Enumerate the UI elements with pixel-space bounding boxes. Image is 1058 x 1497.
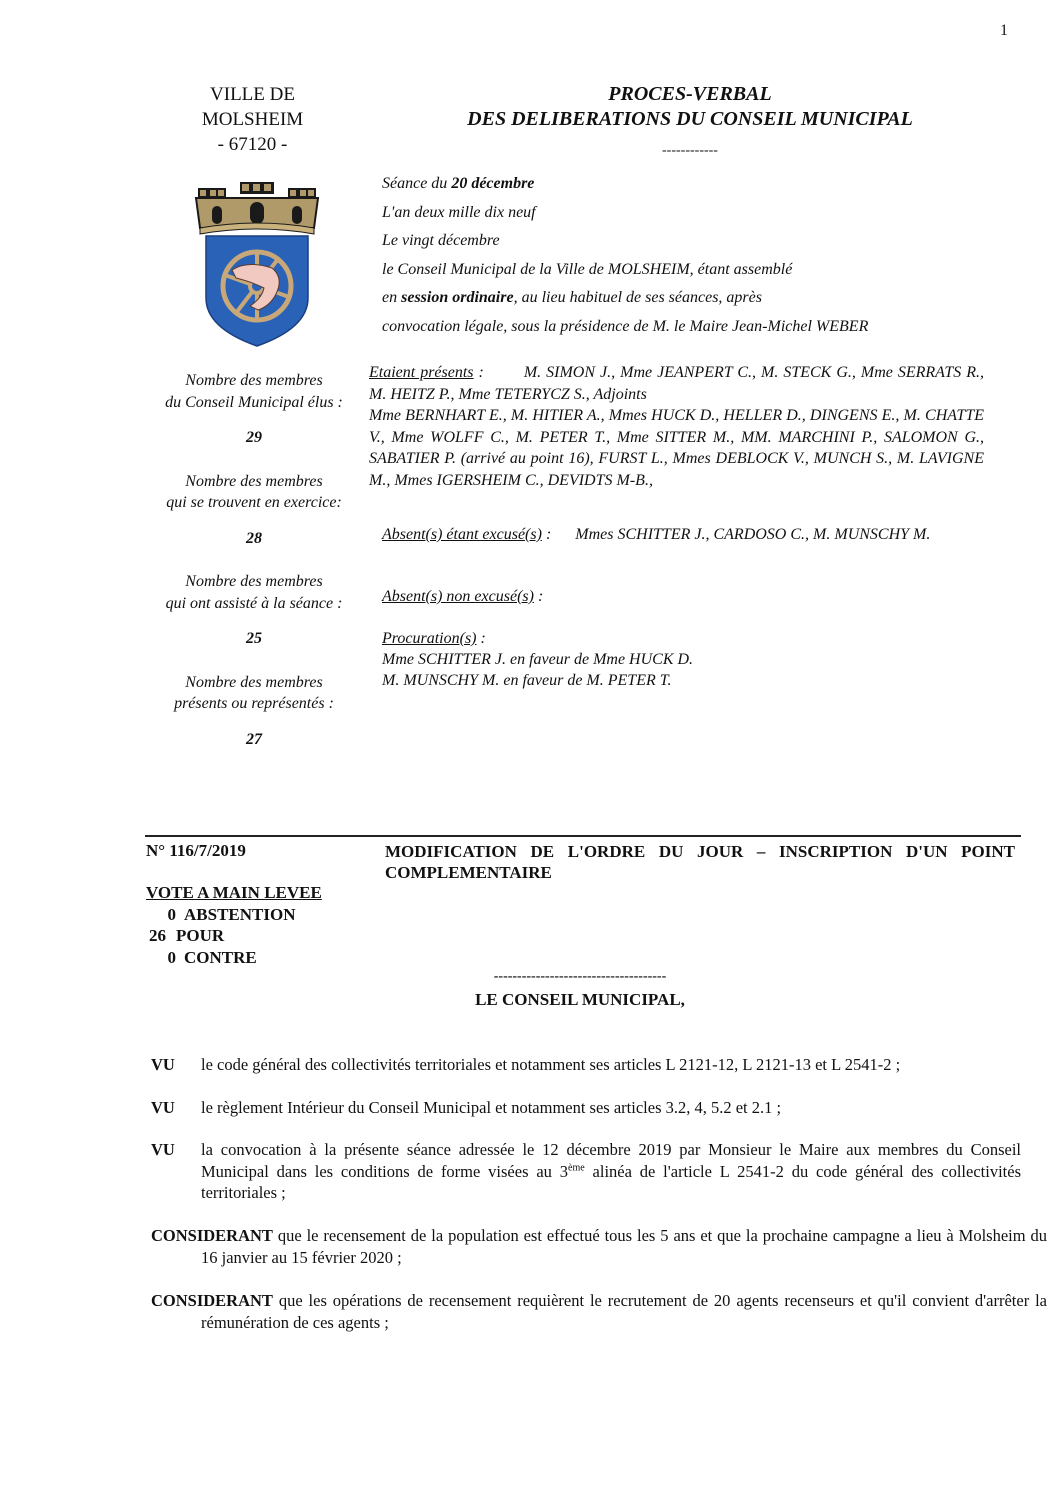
considerant-clause: CONSIDERANT que les opérations de recens…	[151, 1290, 1047, 1333]
section-divider	[145, 835, 1021, 837]
coat-of-arms-icon	[192, 178, 322, 348]
count-value: 28	[140, 528, 368, 550]
count-exercice: Nombre des membres qui se trouvent en ex…	[140, 471, 368, 550]
proxies: Procuration(s) : Mme SCHITTER J. en fave…	[382, 628, 693, 691]
count-value: 25	[140, 628, 368, 650]
session-presidency: convocation légale, sous la présidence d…	[382, 313, 868, 342]
deliberation-subject: MODIFICATION DE L'ORDRE DU JOUR – INSCRI…	[385, 841, 1015, 883]
document-title: PROCES-VERBAL DES DELIBERATIONS DU CONSE…	[390, 82, 990, 132]
count-elus: Nombre des membres du Conseil Municipal …	[140, 370, 368, 449]
proxy-item: M. MUNSCHY M. en faveur de M. PETER T.	[382, 670, 693, 691]
session-year: L'an deux mille dix neuf	[382, 199, 868, 228]
body-separator: -------------------------------------	[465, 969, 695, 985]
proxies-label: Procuration(s)	[382, 630, 477, 647]
presents-conseillers: Mme BERNHART E., M. HITIER A., Mmes HUCK…	[369, 405, 984, 491]
vote-row-pour: 26POUR	[146, 925, 322, 947]
presents-label: Etaient présents	[369, 364, 474, 381]
unexcused-label: Absent(s) non excusé(s)	[382, 588, 534, 605]
session-details: Séance du 20 décembre L'an deux mille di…	[382, 170, 868, 341]
vote-results: VOTE A MAIN LEVEE 0ABSTENTION 26POUR 0CO…	[146, 882, 322, 969]
city-postcode: - 67120 -	[170, 132, 335, 157]
excused-names: Mmes SCHITTER J., CARDOSO C., M. MUNSCHY…	[575, 526, 930, 543]
vu-clause: VU la convocation à la présente séance a…	[151, 1139, 1021, 1204]
count-value: 29	[140, 427, 368, 449]
proxy-item: Mme SCHITTER J. en faveur de Mme HUCK D.	[382, 649, 693, 670]
city-line-1: VILLE DE	[170, 82, 335, 107]
deliberation-number: N° 116/7/2019	[146, 841, 246, 861]
present-members: Etaient présents : M. SIMON J., Mme JEAN…	[369, 362, 984, 491]
session-day: Le vingt décembre	[382, 227, 868, 256]
body-heading: LE CONSEIL MUNICIPAL,	[400, 990, 760, 1010]
city-line-2: MOLSHEIM	[170, 107, 335, 132]
vu-clause: VU le règlement Intérieur du Conseil Mun…	[151, 1097, 1021, 1119]
considerant-clause: CONSIDERANT que le recensement de la pop…	[151, 1225, 1047, 1268]
count-assiste: Nombre des membres qui ont assisté à la …	[140, 571, 368, 650]
vote-title: VOTE A MAIN LEVEE	[146, 882, 322, 904]
count-value: 27	[140, 729, 368, 751]
vote-row-abstention: 0ABSTENTION	[146, 904, 322, 926]
title-line-2: DES DELIBERATIONS DU CONSEIL MUNICIPAL	[390, 107, 990, 132]
excused-label: Absent(s) étant excusé(s)	[382, 526, 542, 543]
unexcused-absents: Absent(s) non excusé(s) :	[382, 588, 543, 606]
vote-row-contre: 0CONTRE	[146, 947, 322, 969]
session-type: en session ordinaire, au lieu habituel d…	[382, 284, 868, 313]
title-separator: ------------	[390, 143, 990, 159]
excused-absents: Absent(s) étant excusé(s) : Mmes SCHITTE…	[382, 526, 930, 544]
city-block: VILLE DE MOLSHEIM - 67120 -	[170, 82, 335, 157]
title-line-1: PROCES-VERBAL	[390, 82, 990, 107]
member-counts: Nombre des membres du Conseil Municipal …	[140, 370, 368, 772]
vu-clause: VU le code général des collectivités ter…	[151, 1054, 1021, 1076]
count-representes: Nombre des membres présents ou représent…	[140, 672, 368, 751]
session-assembly: le Conseil Municipal de la Ville de MOLS…	[382, 256, 868, 285]
session-date: Séance du 20 décembre	[382, 170, 868, 199]
page-number: 1	[1000, 22, 1008, 40]
